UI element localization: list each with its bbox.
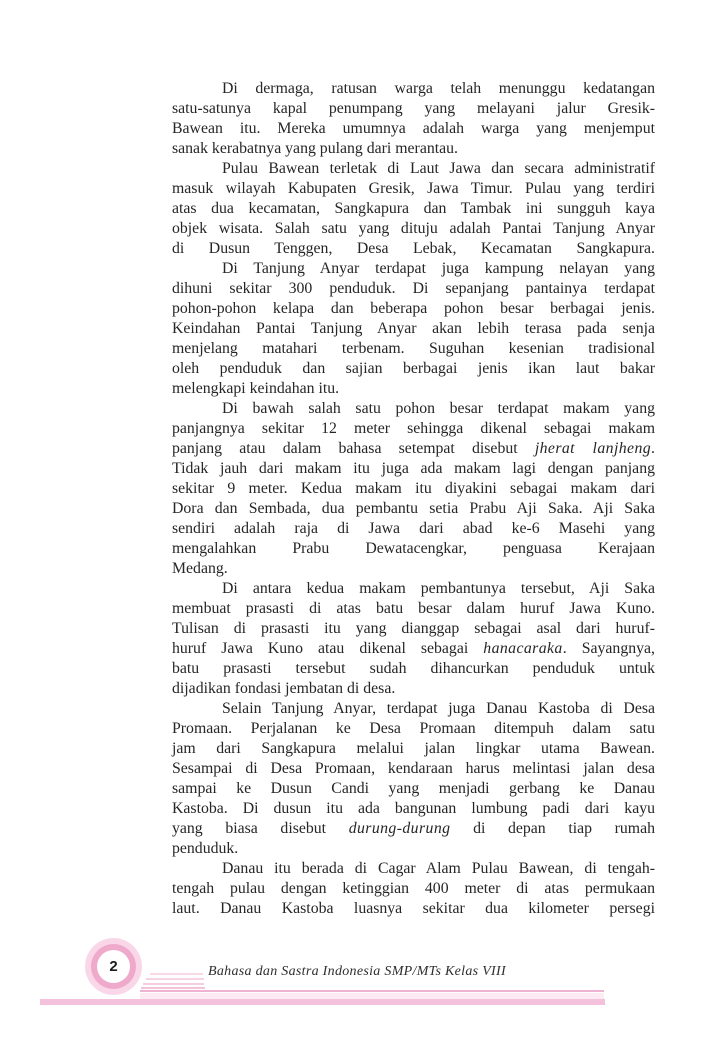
- text-segment: tengah pulau dengan ketinggian 400 meter…: [172, 880, 655, 897]
- text-segment: .: [651, 440, 655, 457]
- text-line: di Dusun Tenggen, Desa Lebak, Kecamatan …: [172, 239, 655, 259]
- text-segment: di Dusun Tenggen, Desa Lebak, Kecamatan …: [172, 240, 655, 257]
- text-line: Promaan. Perjalanan ke Desa Promaan dite…: [172, 719, 655, 739]
- text-line: Di antara kedua makam pembantunya terseb…: [172, 579, 655, 599]
- decorative-swoosh-line: [143, 983, 204, 985]
- text-line: huruf Jawa Kuno atau dikenal sebagai han…: [172, 639, 655, 659]
- italic-term: durung-durung: [349, 820, 451, 837]
- text-line: mengalahkan Prabu Dewatacengkar, penguas…: [172, 539, 655, 559]
- text-segment: Kastoba. Di dusun itu ada bangunan lumbu…: [172, 800, 655, 817]
- text-segment: Keindahan Pantai Tanjung Anyar akan lebi…: [172, 320, 655, 337]
- decorative-swoosh-line: [141, 987, 205, 989]
- text-segment: Bawean itu. Mereka umumnya adalah warga …: [172, 120, 655, 137]
- text-segment: dijadikan fondasi jembatan di desa.: [172, 680, 395, 697]
- text-segment: sampai ke Dusun Candi yang menjadi gerba…: [172, 780, 655, 797]
- text-line: atas dua kecamatan, Sangkapura dan Tamba…: [172, 199, 655, 219]
- text-line: Pulau Bawean terletak di Laut Jawa dan s…: [172, 159, 655, 179]
- page-number: 2: [97, 950, 130, 983]
- text-segment: objek wisata. Salah satu yang dituju ada…: [172, 220, 655, 237]
- page-number-badge: 2: [85, 938, 142, 995]
- text-segment: di depan tiap rumah: [450, 820, 655, 837]
- text-line: Sesampai di Desa Promaan, kendaraan haru…: [172, 759, 655, 779]
- paragraph: Selain Tanjung Anyar, terdapat juga Dana…: [172, 699, 655, 859]
- text-line: yang biasa disebut durung-durung di depa…: [172, 819, 655, 839]
- text-line: Dora dan Sembada, dua pembantu setia Pra…: [172, 499, 655, 519]
- text-segment: Danau itu berada di Cagar Alam Pulau Baw…: [222, 860, 655, 877]
- text-line: sendiri adalah raja di Jawa dari abad ke…: [172, 519, 655, 539]
- text-block: Di dermaga, ratusan warga telah menunggu…: [172, 79, 655, 919]
- text-segment: Promaan. Perjalanan ke Desa Promaan dite…: [172, 720, 655, 737]
- text-segment: jam dari Sangkapura melalui jalan lingka…: [172, 740, 655, 757]
- text-segment: atas dua kecamatan, Sangkapura dan Tamba…: [172, 200, 655, 217]
- text-line: Di dermaga, ratusan warga telah menunggu…: [172, 79, 655, 99]
- decorative-swoosh-line: [150, 973, 203, 975]
- paragraph: Di antara kedua makam pembantunya terseb…: [172, 579, 655, 699]
- text-segment: panjangnya sekitar 12 meter sehingga dik…: [172, 420, 655, 437]
- decorative-swoosh-line: [146, 978, 204, 980]
- text-segment: pohon-pohon kelapa dan beberapa pohon be…: [172, 300, 655, 317]
- text-segment: Medang.: [172, 560, 228, 577]
- text-line: panjang atau dalam bahasa setempat diseb…: [172, 439, 655, 459]
- text-segment: yang biasa disebut: [172, 820, 349, 837]
- text-line: sampai ke Dusun Candi yang menjadi gerba…: [172, 779, 655, 799]
- page-number-ring: 2: [91, 944, 136, 989]
- text-segment: Di Tanjung Anyar terdapat juga kampung n…: [222, 260, 655, 277]
- text-line: panjangnya sekitar 12 meter sehingga dik…: [172, 419, 655, 439]
- text-segment: masuk wilayah Kabupaten Gresik, Jawa Tim…: [172, 180, 655, 197]
- text-segment: Di antara kedua makam pembantunya terseb…: [222, 580, 655, 597]
- footer-book-title: Bahasa dan Sastra Indonesia SMP/MTs Kela…: [208, 963, 506, 980]
- text-segment: mengalahkan Prabu Dewatacengkar, penguas…: [172, 540, 655, 557]
- text-line: dihuni sekitar 300 penduduk. Di sepanjan…: [172, 279, 655, 299]
- text-line: laut. Danau Kastoba luasnya sekitar dua …: [172, 899, 655, 919]
- text-line: Bawean itu. Mereka umumnya adalah warga …: [172, 119, 655, 139]
- text-line: Medang.: [172, 559, 655, 579]
- paragraph: Pulau Bawean terletak di Laut Jawa dan s…: [172, 159, 655, 259]
- text-line: menjelang matahari terbenam. Suguhan kes…: [172, 339, 655, 359]
- text-segment: Tulisan di prasasti itu yang dianggap se…: [172, 620, 655, 637]
- book-page: Di dermaga, ratusan warga telah menunggu…: [0, 0, 728, 1052]
- text-line: Tulisan di prasasti itu yang dianggap se…: [172, 619, 655, 639]
- text-segment: melengkapi keindahan itu.: [172, 380, 339, 397]
- text-segment: sendiri adalah raja di Jawa dari abad ke…: [172, 520, 655, 537]
- text-segment: sanak kerabatnya yang pulang dari merant…: [172, 140, 458, 157]
- text-segment: Di bawah salah satu pohon besar terdapat…: [222, 400, 655, 417]
- text-segment: dihuni sekitar 300 penduduk. Di sepanjan…: [172, 280, 655, 297]
- text-line: Di Tanjung Anyar terdapat juga kampung n…: [172, 259, 655, 279]
- text-segment: menjelang matahari terbenam. Suguhan kes…: [172, 340, 655, 357]
- footer-thin-rule: [140, 990, 604, 992]
- text-segment: Tidak jauh dari makam itu juga ada makam…: [172, 460, 655, 477]
- text-segment: . Sayangnya,: [563, 640, 655, 657]
- text-segment: Selain Tanjung Anyar, terdapat juga Dana…: [222, 700, 655, 717]
- text-line: Selain Tanjung Anyar, terdapat juga Dana…: [172, 699, 655, 719]
- paragraph: Di bawah salah satu pohon besar terdapat…: [172, 399, 655, 579]
- text-line: penduduk.: [172, 839, 655, 859]
- paragraph: Danau itu berada di Cagar Alam Pulau Baw…: [172, 859, 655, 919]
- text-segment: huruf Jawa Kuno atau dikenal sebagai: [172, 640, 483, 657]
- text-line: satu-satunya kapal penumpang yang melaya…: [172, 99, 655, 119]
- text-segment: Sesampai di Desa Promaan, kendaraan haru…: [172, 760, 655, 777]
- paragraph: Di Tanjung Anyar terdapat juga kampung n…: [172, 259, 655, 399]
- text-line: sekitar 9 meter. Kedua makam itu diyakin…: [172, 479, 655, 499]
- text-line: batu prasasti tersebut sudah dihancurkan…: [172, 659, 655, 679]
- text-line: Danau itu berada di Cagar Alam Pulau Baw…: [172, 859, 655, 879]
- text-segment: Pulau Bawean terletak di Laut Jawa dan s…: [222, 160, 655, 177]
- text-line: masuk wilayah Kabupaten Gresik, Jawa Tim…: [172, 179, 655, 199]
- paragraph: Di dermaga, ratusan warga telah menunggu…: [172, 79, 655, 159]
- text-segment: membuat prasasti di atas batu besar dala…: [172, 600, 655, 617]
- text-segment: sekitar 9 meter. Kedua makam itu diyakin…: [172, 480, 655, 497]
- text-line: membuat prasasti di atas batu besar dala…: [172, 599, 655, 619]
- text-line: objek wisata. Salah satu yang dituju ada…: [172, 219, 655, 239]
- italic-term: hanacaraka: [483, 640, 562, 657]
- text-line: oleh penduduk dan sajian berbagai jenis …: [172, 359, 655, 379]
- text-line: Tidak jauh dari makam itu juga ada makam…: [172, 459, 655, 479]
- text-line: Di bawah salah satu pohon besar terdapat…: [172, 399, 655, 419]
- text-segment: oleh penduduk dan sajian berbagai jenis …: [172, 360, 655, 377]
- footer-bottom-rule: [40, 999, 605, 1005]
- text-line: jam dari Sangkapura melalui jalan lingka…: [172, 739, 655, 759]
- text-line: Kastoba. Di dusun itu ada bangunan lumbu…: [172, 799, 655, 819]
- text-segment: satu-satunya kapal penumpang yang melaya…: [172, 100, 655, 117]
- text-line: melengkapi keindahan itu.: [172, 379, 655, 399]
- text-segment: laut. Danau Kastoba luasnya sekitar dua …: [172, 900, 655, 917]
- text-line: Keindahan Pantai Tanjung Anyar akan lebi…: [172, 319, 655, 339]
- text-segment: batu prasasti tersebut sudah dihancurkan…: [172, 660, 655, 677]
- text-line: pohon-pohon kelapa dan beberapa pohon be…: [172, 299, 655, 319]
- text-line: tengah pulau dengan ketinggian 400 meter…: [172, 879, 655, 899]
- text-segment: panjang atau dalam bahasa setempat diseb…: [172, 440, 535, 457]
- text-segment: Dora dan Sembada, dua pembantu setia Pra…: [172, 500, 655, 517]
- text-segment: penduduk.: [172, 840, 238, 857]
- text-line: sanak kerabatnya yang pulang dari merant…: [172, 139, 655, 159]
- text-line: dijadikan fondasi jembatan di desa.: [172, 679, 655, 699]
- italic-term: jherat lanjheng: [535, 440, 651, 457]
- text-segment: Di dermaga, ratusan warga telah menunggu…: [222, 80, 655, 97]
